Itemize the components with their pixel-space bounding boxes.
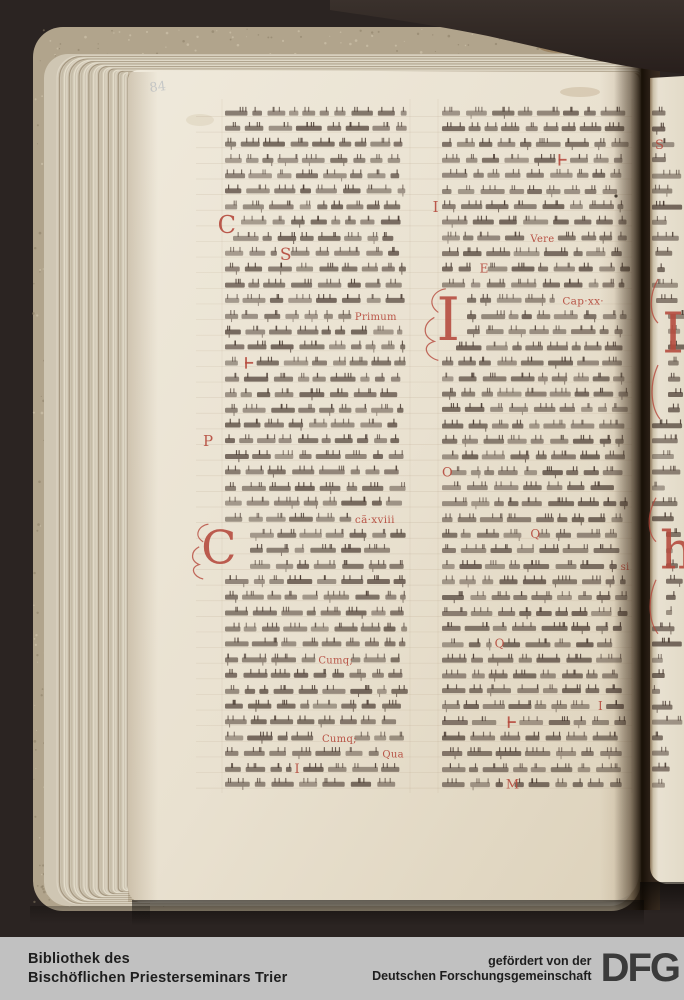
funding-credit-line2: Deutschen Forschungsgemeinschaft [372, 969, 592, 984]
svg-text:I: I [662, 302, 684, 367]
svg-text:Cumq;: Cumq; [318, 656, 353, 667]
svg-text:Cap·xx·: Cap·xx· [562, 295, 604, 307]
library-credit-line1: Bibliothek des [28, 950, 287, 969]
svg-text:M: M [506, 778, 519, 793]
dfg-logo: DFG [601, 948, 679, 988]
page-edge-shading [128, 72, 158, 902]
svg-text:O: O [442, 465, 453, 480]
svg-text:S: S [655, 138, 664, 153]
svg-text:I: I [436, 285, 460, 355]
foliation-ghost-number: 84 [149, 79, 167, 96]
footer-bar: Bibliothek des Bischöflichen Priestersem… [0, 937, 684, 1000]
funding-credit-text: gefördert von der Deutschen Forschungsge… [372, 954, 592, 984]
svg-text:E: E [480, 262, 489, 276]
library-credit-line2: Bischöflichen Priesterseminars Trier [28, 969, 287, 988]
stack-bottom-shadow [30, 906, 150, 924]
svg-text:Qua: Qua [382, 749, 404, 760]
svg-text:I: I [295, 762, 300, 777]
manuscript-photo: CSPrimumPcã·xviiiCCumq;Cumq;QuaIIVereECa… [0, 0, 684, 1000]
library-credit: Bibliothek des Bischöflichen Priestersem… [28, 950, 287, 988]
funding-credit-line1: gefördert von der [372, 954, 592, 969]
sliver-bottom-shadow [640, 882, 684, 914]
svg-text:C: C [201, 521, 236, 575]
svg-text:C: C [218, 211, 236, 239]
funding-credit: gefördert von der Deutschen Forschungsge… [372, 949, 679, 989]
svg-text:Q: Q [495, 637, 505, 651]
svg-text:Cumq;: Cumq; [322, 734, 357, 745]
svg-text:Vere: Vere [529, 234, 554, 245]
page-bottom-shadow [132, 900, 644, 926]
svg-text:I: I [433, 198, 439, 216]
svg-text:Q: Q [530, 527, 540, 541]
manuscript-scan-viewport: CSPrimumPcã·xviiiCCumq;Cumq;QuaIIVereECa… [0, 0, 684, 1000]
svg-text:cã·xviii: cã·xviii [355, 514, 395, 526]
svg-text:S: S [280, 245, 292, 265]
right-page-sliver [650, 76, 684, 884]
svg-text:P: P [203, 432, 213, 450]
svg-text:Primum: Primum [355, 312, 397, 323]
svg-text:I: I [598, 699, 603, 713]
svg-text:h: h [660, 521, 684, 581]
